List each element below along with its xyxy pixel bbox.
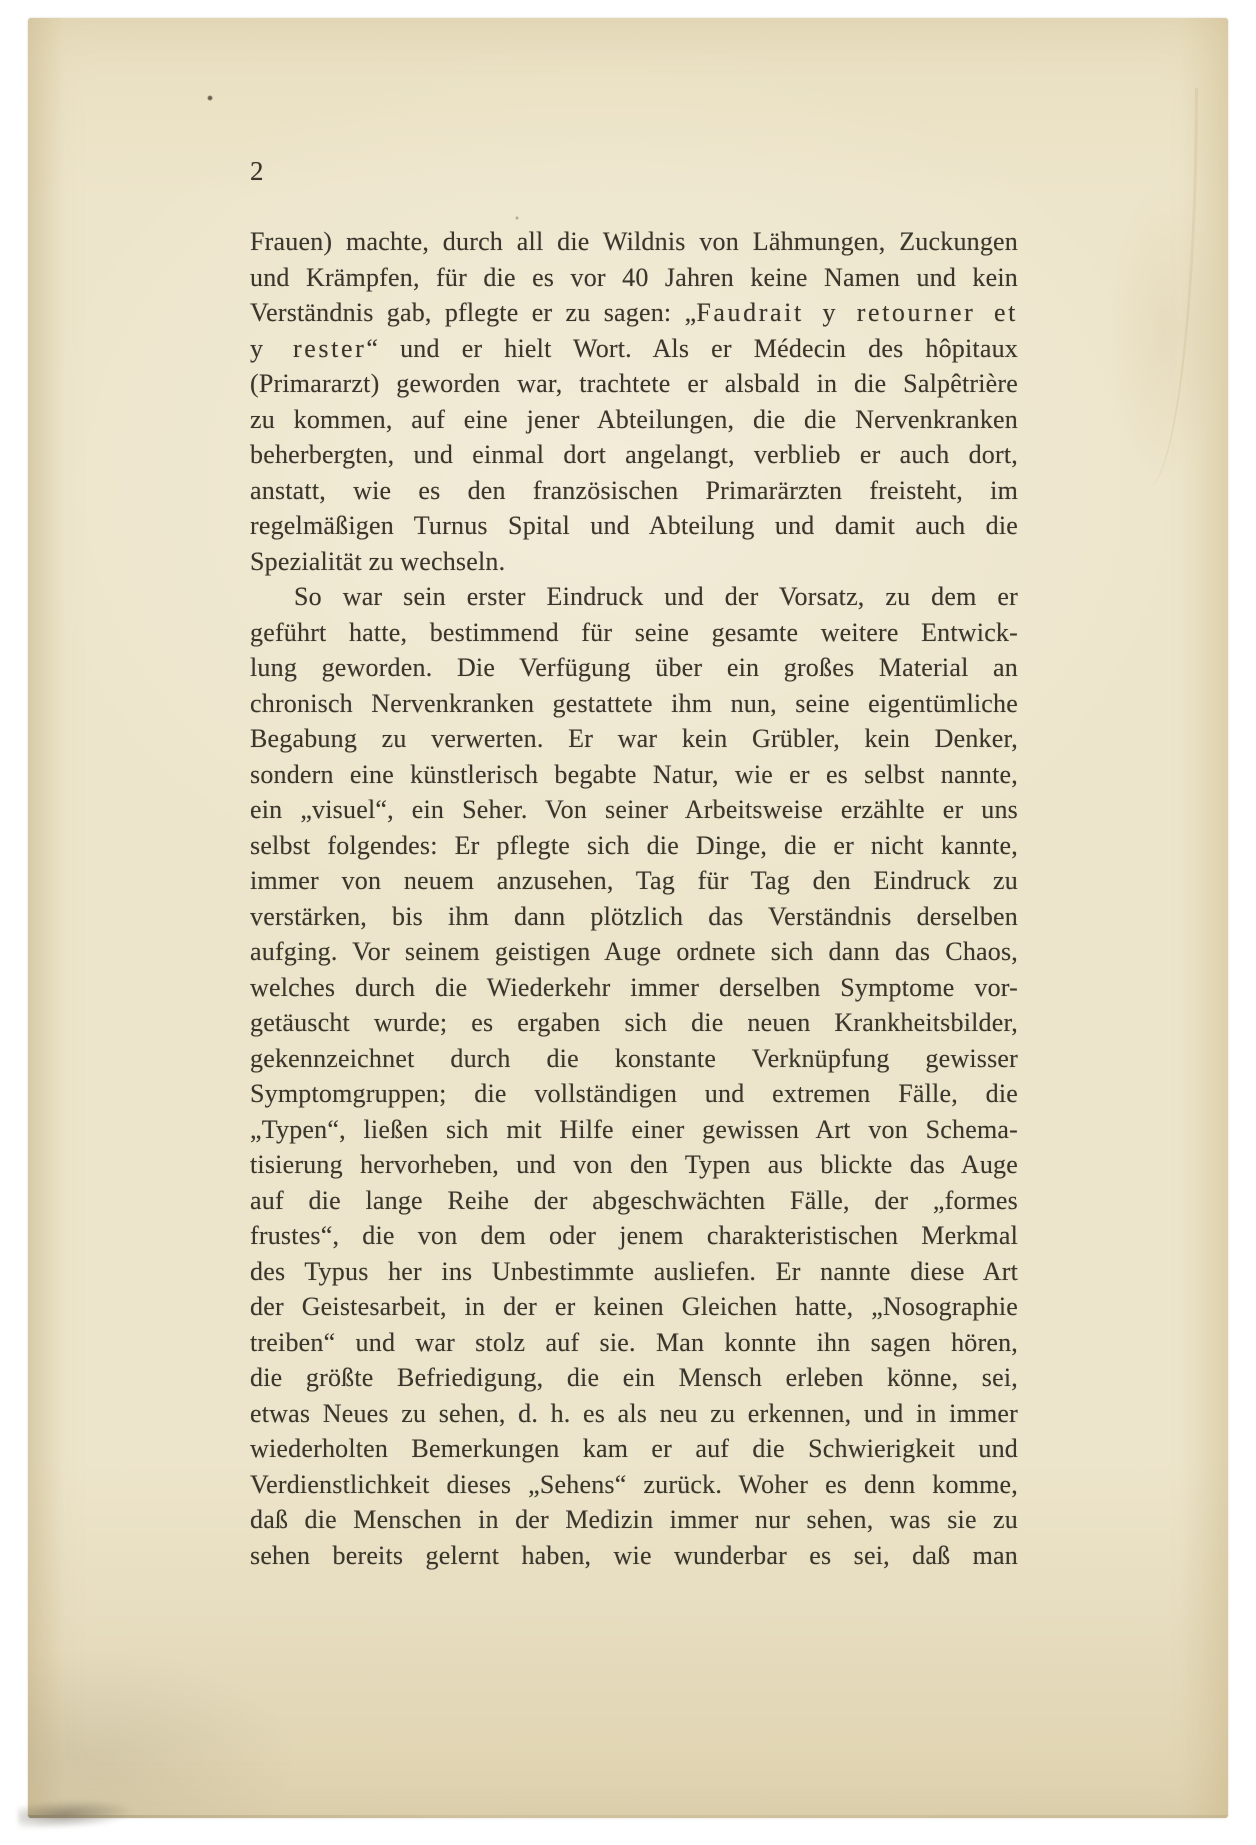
page-number: 2 <box>250 156 264 186</box>
text-line: des Typus her ins Unbestimmte ausliefen.… <box>250 1254 1018 1290</box>
text-line: sondern eine künstlerisch begabte Natur,… <box>250 757 1018 793</box>
text-line: zu kommen, auf eine jener Abteilungen, d… <box>250 402 1018 438</box>
paper-crease-artifact <box>1125 88 1198 488</box>
text-line: frustes“, die von dem oder jenem charakt… <box>250 1218 1018 1254</box>
book-page: 2 Frauen) machte, durch all die Wildnis … <box>28 18 1228 1818</box>
text-line: Frauen) machte, durch all die Wildnis vo… <box>250 224 1018 260</box>
text-line: So war sein erster Eindruck und der Vors… <box>250 579 1018 615</box>
text-line: etwas Neues zu sehen, d. h. es als neu z… <box>250 1396 1018 1432</box>
text-line: Verdienstlichkeit dieses „Sehens“ zurück… <box>250 1467 1018 1503</box>
text-line: geführt hatte, bestimmend für seine gesa… <box>250 615 1018 651</box>
text-line: und Krämpfen, für die es vor 40 Jahren k… <box>250 260 1018 296</box>
text-line: treiben“ und war stolz auf sie. Man konn… <box>250 1325 1018 1361</box>
letterspaced-emphasis: Faudrait y retourner et <box>696 298 1018 327</box>
text-line: selbst folgendes: Er pflegte sich die Di… <box>250 828 1018 864</box>
text-line: auf die lange Reihe der abgeschwächten F… <box>250 1183 1018 1219</box>
text-line: Begabung zu verwerten. Er war kein Grübl… <box>250 721 1018 757</box>
text-line: lung geworden. Die Verfügung über ein gr… <box>250 650 1018 686</box>
text-line: y rester“ und er hielt Wort. Als er Méde… <box>250 331 1018 367</box>
text-line: ein „visuel“, ein Seher. Von seiner Arbe… <box>250 792 1018 828</box>
text-line: Symptomgruppen; die vollständigen und ex… <box>250 1076 1018 1112</box>
text-line: anstatt, wie es den französischen Primar… <box>250 473 1018 509</box>
text-line: aufging. Vor seinem geistigen Auge ordne… <box>250 934 1018 970</box>
text-line: der Geistesarbeit, in der er keinen Glei… <box>250 1289 1018 1325</box>
text-line: Spezialität zu wechseln. <box>250 544 1018 580</box>
text-line: welches durch die Wiederkehr immer derse… <box>250 970 1018 1006</box>
text-line: immer von neuem anzusehen, Tag für Tag d… <box>250 863 1018 899</box>
text-line: verstärken, bis ihm dann plötzlich das V… <box>250 899 1018 935</box>
text-line: getäuscht wurde; es ergaben sich die neu… <box>250 1005 1018 1041</box>
scanned-page-background: 2 Frauen) machte, durch all die Wildnis … <box>0 0 1256 1845</box>
text-line: daß die Menschen in der Medizin immer nu… <box>250 1502 1018 1538</box>
text-line: Verständnis gab, pflegte er zu sagen: „F… <box>250 295 1018 331</box>
text-line: „Typen“, ließen sich mit Hilfe einer gew… <box>250 1112 1018 1148</box>
text-line: beherbergten, und einmal dort angelangt,… <box>250 437 1018 473</box>
text-line: gekennzeichnet durch die konstante Verkn… <box>250 1041 1018 1077</box>
text-line: chronisch Nervenkranken gestattete ihm n… <box>250 686 1018 722</box>
text-line: wiederholten Bemerkungen kam er auf die … <box>250 1431 1018 1467</box>
text-line: sehen bereits gelernt haben, wie wunderb… <box>250 1538 1018 1574</box>
text-line: die größte Befriedigung, die ein Mensch … <box>250 1360 1018 1396</box>
letterspaced-emphasis: y rester <box>250 334 366 363</box>
text-line: tisierung hervorheben, und von den Typen… <box>250 1147 1018 1183</box>
body-text: Frauen) machte, durch all die Wildnis vo… <box>250 224 1018 1573</box>
text-line: regelmäßigen Turnus Spital und Abteilung… <box>250 508 1018 544</box>
text-line: (Primararzt) geworden war, trachtete er … <box>250 366 1018 402</box>
page-edge-smudge-artifact <box>17 1797 133 1829</box>
